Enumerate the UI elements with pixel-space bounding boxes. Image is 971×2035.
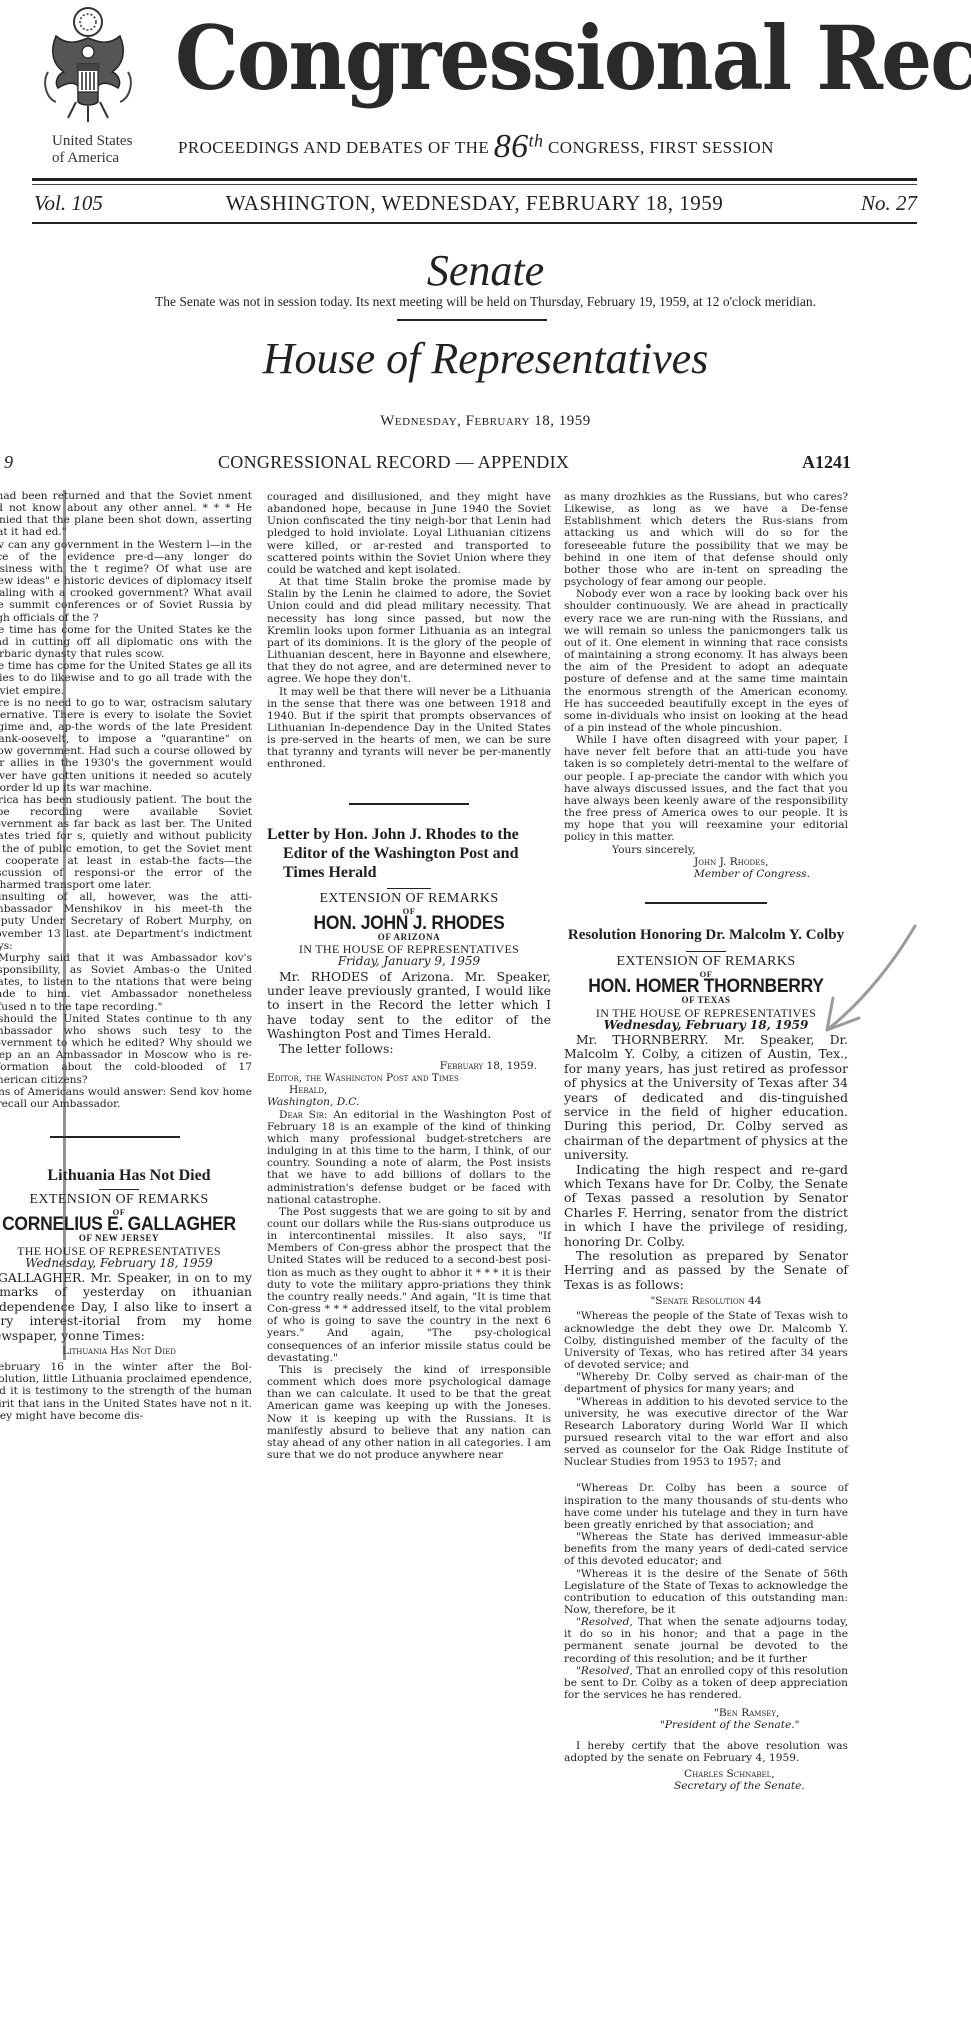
us-label-line2: of America — [52, 150, 132, 167]
pencil-arrow-icon — [815, 920, 925, 1040]
paragraph: e time has come for the United States ke… — [0, 624, 252, 660]
title-rule — [99, 1189, 139, 1190]
president-title: "President of the Senate." — [564, 1719, 848, 1731]
masthead-title: Congressional Record — [175, 8, 867, 108]
certification: I hereby certify that the above resoluti… — [564, 1740, 848, 1764]
signer-name: John J. Rhodes, — [564, 856, 848, 868]
dateline-rule — [32, 222, 917, 224]
article-title: Letter by Hon. John J. Rhodes to the Edi… — [267, 825, 551, 882]
resolved-clause: "Resolved, That an enrolled copy of this… — [564, 1665, 848, 1701]
letter-paragraph: This is precisely the kind of irresponsi… — [267, 1364, 551, 1461]
paragraph: v can any government in the Western l—in… — [0, 539, 252, 624]
addressee: Editor, the Washington Post and Times — [267, 1072, 551, 1084]
column-2: couraged and disillusioned, and they mig… — [267, 491, 551, 1461]
dateline: WASHINGTON, WEDNESDAY, FEBRUARY 18, 1959 — [32, 188, 917, 218]
salutation: Dear Sir: — [279, 1109, 328, 1121]
extension-of-remarks: EXTENSION OF REMARKS — [267, 893, 551, 905]
remarks-date: Friday, January 9, 1959 — [267, 955, 551, 967]
running-head: 9 CONGRESSIONAL RECORD — APPENDIX A1241 — [0, 452, 971, 476]
senate-heading: Senate — [0, 245, 971, 296]
article-title: Resolution Honoring Dr. Malcolm Y. Colby — [564, 926, 848, 945]
house-date: Wednesday, February 18, 1959 — [0, 413, 971, 430]
article-divider — [645, 902, 767, 904]
article-divider — [349, 803, 469, 805]
paragraph: ebruary 16 in the winter after the Bol-e… — [0, 1361, 252, 1422]
paragraph: s had been returned and that the Soviet … — [0, 490, 252, 539]
member-name: CORNELIUS E. GALLAGHER — [0, 1219, 241, 1231]
paragraph: Nobody ever won a race by looking back o… — [564, 588, 848, 734]
subhead: Lithuania Has Not Died — [0, 1346, 252, 1358]
article-title: Lithuania Has Not Died — [6, 1166, 252, 1185]
whereas-clause: "Whereas the people of the State of Texa… — [564, 1310, 848, 1371]
member-name: HON. JOHN J. RHODES — [278, 918, 539, 930]
title-rule — [686, 951, 726, 952]
member-name: HON. HOMER THORNBERRY — [575, 981, 836, 993]
resolved-label: "Resolved, — [576, 1616, 633, 1628]
lead-paragraph: Mr. RHODES of Arizona. Mr. Speaker, unde… — [267, 970, 551, 1042]
dateline-bar: Vol. 105 WASHINGTON, WEDNESDAY, FEBRUARY… — [32, 188, 917, 218]
resolution-title: "Senate Resolution 44 — [564, 1295, 848, 1307]
letter-text: An editorial in the Washington Post of F… — [267, 1109, 551, 1206]
extension-of-remarks: EXTENSION OF REMARKS — [564, 956, 848, 968]
masthead-rule-thin — [32, 184, 917, 185]
in-house: IN THE HOUSE OF REPRESENTATIVES — [564, 1007, 848, 1019]
us-label: United States of America — [52, 133, 132, 167]
whereas-clause: "Whereby Dr. Colby served as chair-man o… — [564, 1371, 848, 1395]
issue-number: No. 27 — [861, 188, 917, 218]
letter-paragraph: Dear Sir: An editorial in the Washington… — [267, 1109, 551, 1206]
congress-suffix: th — [529, 130, 544, 150]
scan-artifact-line — [63, 490, 66, 1360]
remarks-date: Wednesday, February 18, 1959 — [564, 1019, 848, 1031]
column-3: as many drozhkies as the Russians, but w… — [564, 491, 848, 1792]
section-divider — [397, 319, 547, 321]
column-1: s had been returned and that the Soviet … — [0, 490, 252, 1422]
president-name: "Ben Ramsey, — [564, 1707, 848, 1719]
paragraph: should the United States continue to th … — [0, 1013, 252, 1086]
running-head-title: CONGRESSIONAL RECORD — APPENDIX — [218, 452, 569, 473]
great-seal-eagle-icon — [38, 2, 138, 124]
paragraph: rica has been studiously patient. The bo… — [0, 794, 252, 891]
lead-paragraph: Indicating the high respect and re-gard … — [564, 1163, 848, 1249]
letter-follows: The letter follows: — [267, 1042, 551, 1056]
letter-date: February 18, 1959. — [267, 1060, 551, 1072]
congress-number: 86 — [494, 128, 529, 165]
lead-paragraph: Mr. THORNBERRY. Mr. Speaker, Dr. Malcolm… — [564, 1033, 848, 1163]
page-number: A1241 — [802, 452, 851, 473]
signer-title: Member of Congress. — [564, 868, 848, 880]
proceedings-suffix: CONGRESS, FIRST SESSION — [548, 138, 774, 157]
paragraph: couraged and disillusioned, and they mig… — [267, 491, 551, 576]
title-rule — [387, 888, 431, 889]
resolved-label: "Resolved, — [576, 1665, 633, 1677]
whereas-clause: "Whereas Dr. Colby has been a source of … — [564, 1482, 848, 1531]
paragraph: e time has come for the United States ge… — [0, 660, 252, 696]
addressee-line2: Herald, — [267, 1084, 551, 1096]
paragraph: At that time Stalin broke the promise ma… — [267, 576, 551, 685]
paragraph: insulting of all, however, was the atti-… — [0, 891, 252, 952]
whereas-clause: "Whereas in addition to his devoted serv… — [564, 1396, 848, 1469]
resolved-clause: "Resolved, That when the senate adjourns… — [564, 1616, 848, 1665]
house-heading: House of Representatives — [0, 333, 971, 384]
proceedings-prefix: PROCEEDINGS AND DEBATES OF THE — [178, 138, 489, 157]
paragraph: While I have often disagreed with your p… — [564, 734, 848, 843]
lead-paragraph: The resolution as prepared by Senator He… — [564, 1249, 848, 1292]
proceedings-line: PROCEEDINGS AND DEBATES OF THE 86th CONG… — [178, 128, 913, 166]
paragraph: Murphy said that it was Ambassador kov's… — [0, 952, 252, 1013]
remarks-date: Wednesday, February 18, 1959 — [0, 1257, 252, 1269]
whereas-clause: "Whereas it is the desire of the Senate … — [564, 1568, 848, 1617]
senate-note: The Senate was not in session today. Its… — [0, 294, 971, 310]
left-page-fragment: 9 — [4, 452, 13, 473]
whereas-clause: "Whereas the State has derived immeasur-… — [564, 1531, 848, 1567]
secretary-name: Charles Schnabel, — [564, 1768, 848, 1780]
in-house: THE HOUSE OF REPRESENTATIVES — [0, 1245, 252, 1257]
closing: Yours sincerely, — [564, 844, 848, 856]
paragraph: re is no need to go to war, ostracism sa… — [0, 697, 252, 794]
secretary-title: Secretary of the Senate. — [564, 1780, 848, 1792]
paragraph: ns of Americans would answer: Send kov h… — [0, 1086, 252, 1110]
letter-paragraph: The Post suggests that we are going to s… — [267, 1206, 551, 1364]
addressee-city: Washington, D.C. — [267, 1096, 551, 1108]
masthead-rule — [32, 178, 917, 181]
article-divider — [50, 1136, 180, 1138]
paragraph: It may well be that there will never be … — [267, 686, 551, 771]
paragraph: as many drozhkies as the Russians, but w… — [564, 491, 848, 588]
us-label-line1: United States — [52, 133, 132, 150]
lead-paragraph: GALLAGHER. Mr. Speaker, in on to my rema… — [0, 1271, 252, 1343]
extension-of-remarks: EXTENSION OF REMARKS — [0, 1194, 252, 1206]
